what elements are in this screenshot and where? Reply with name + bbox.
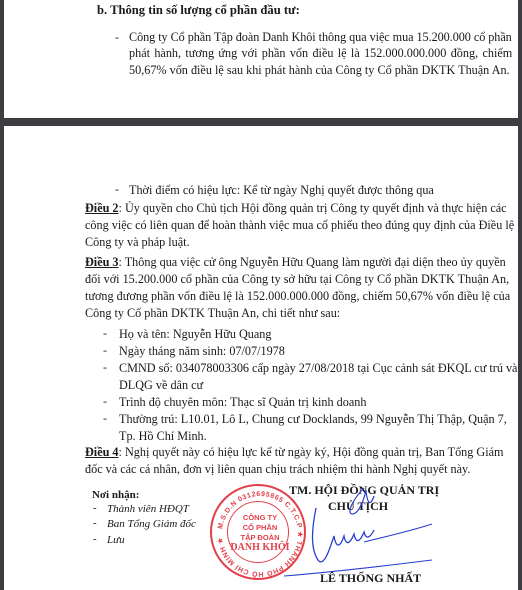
- article-3-label: Điều 3: [85, 255, 119, 269]
- bullet-dash: -: [103, 411, 107, 426]
- article-2-label: Điều 2: [85, 201, 119, 215]
- article-4-line: đốc và các cá nhân, đơn vị liên quan chị…: [85, 461, 470, 477]
- article-3-line: Công ty Cổ phần DKTK Thuận An, chi tiết …: [85, 305, 340, 321]
- bullet-dash: -: [93, 517, 97, 529]
- section-heading: b. Thông tin số lượng cổ phần đầu tư:: [97, 2, 300, 18]
- bullet-dash: -: [103, 394, 107, 409]
- document-page-bottom: - Thời điểm có hiệu lực: Kể từ ngày Nghị…: [4, 126, 518, 590]
- effective-time-text: Thời điểm có hiệu lực: Kể từ ngày Nghị q…: [129, 182, 434, 198]
- detail-id-card: CMND số: 034078003306 cấp ngày 27/08/201…: [119, 360, 517, 376]
- bullet-dash: -: [115, 182, 119, 197]
- bullet-dash: -: [93, 533, 97, 545]
- article-2-line: Điều 2: Ủy quyền cho Chủ tịch Hội đồng q…: [85, 200, 507, 216]
- bullet-dash: -: [103, 343, 107, 358]
- detail-residence-cont: Tp. Hồ Chí Minh.: [119, 428, 207, 444]
- article-4-label: Điều 4: [85, 445, 119, 459]
- bullet-dash: -: [93, 502, 97, 514]
- bullet-dash: -: [103, 360, 107, 375]
- paragraph-line: Công ty Cổ phần Tập đoàn Danh Khôi thông…: [129, 29, 512, 45]
- detail-id-card-cont: DLQG về dân cư: [119, 377, 203, 393]
- article-3-line: tương đương phần vốn điều lệ là 152.000.…: [85, 288, 510, 304]
- bullet-dash: -: [103, 326, 107, 341]
- recipient-item: Ban Tổng Giám đốc: [107, 516, 196, 532]
- detail-birth-date: Ngày tháng năm sinh: 07/07/1978: [119, 343, 285, 359]
- article-3-line: đối với 15.200.000 cổ phần của Công ty s…: [85, 271, 509, 287]
- detail-qualification: Trình độ chuyên môn: Thạc sĩ Quản trị ki…: [119, 394, 366, 410]
- article-3-line: Điều 3: Thông qua việc cử ông Nguyễn Hữu…: [85, 254, 506, 270]
- document-page-top: b. Thông tin số lượng cổ phần đầu tư: - …: [4, 0, 518, 118]
- recipient-item: Thành viên HĐQT: [107, 501, 189, 517]
- detail-full-name: Họ và tên: Nguyễn Hữu Quang: [119, 326, 272, 342]
- article-4-line: Điều 4: Nghị quyết này có hiệu lực kể từ…: [85, 444, 504, 460]
- paragraph-line: phát hành, tương ứng với phần vốn điều l…: [129, 45, 512, 61]
- signer-name: LÊ THỐNG NHẤT: [320, 570, 421, 586]
- detail-residence: Thường trú: L10.01, Lô L, Chung cư Dockl…: [119, 411, 507, 427]
- recipient-item: Lưu: [107, 532, 125, 548]
- paragraph-line: 50,67% vốn điều lệ sau khi phát hành của…: [129, 62, 510, 78]
- article-2-line: Công ty và pháp luật.: [85, 234, 190, 250]
- article-2-line: công việc có liên quan để hoàn thành việ…: [85, 217, 514, 233]
- bullet-dash: -: [115, 30, 119, 45]
